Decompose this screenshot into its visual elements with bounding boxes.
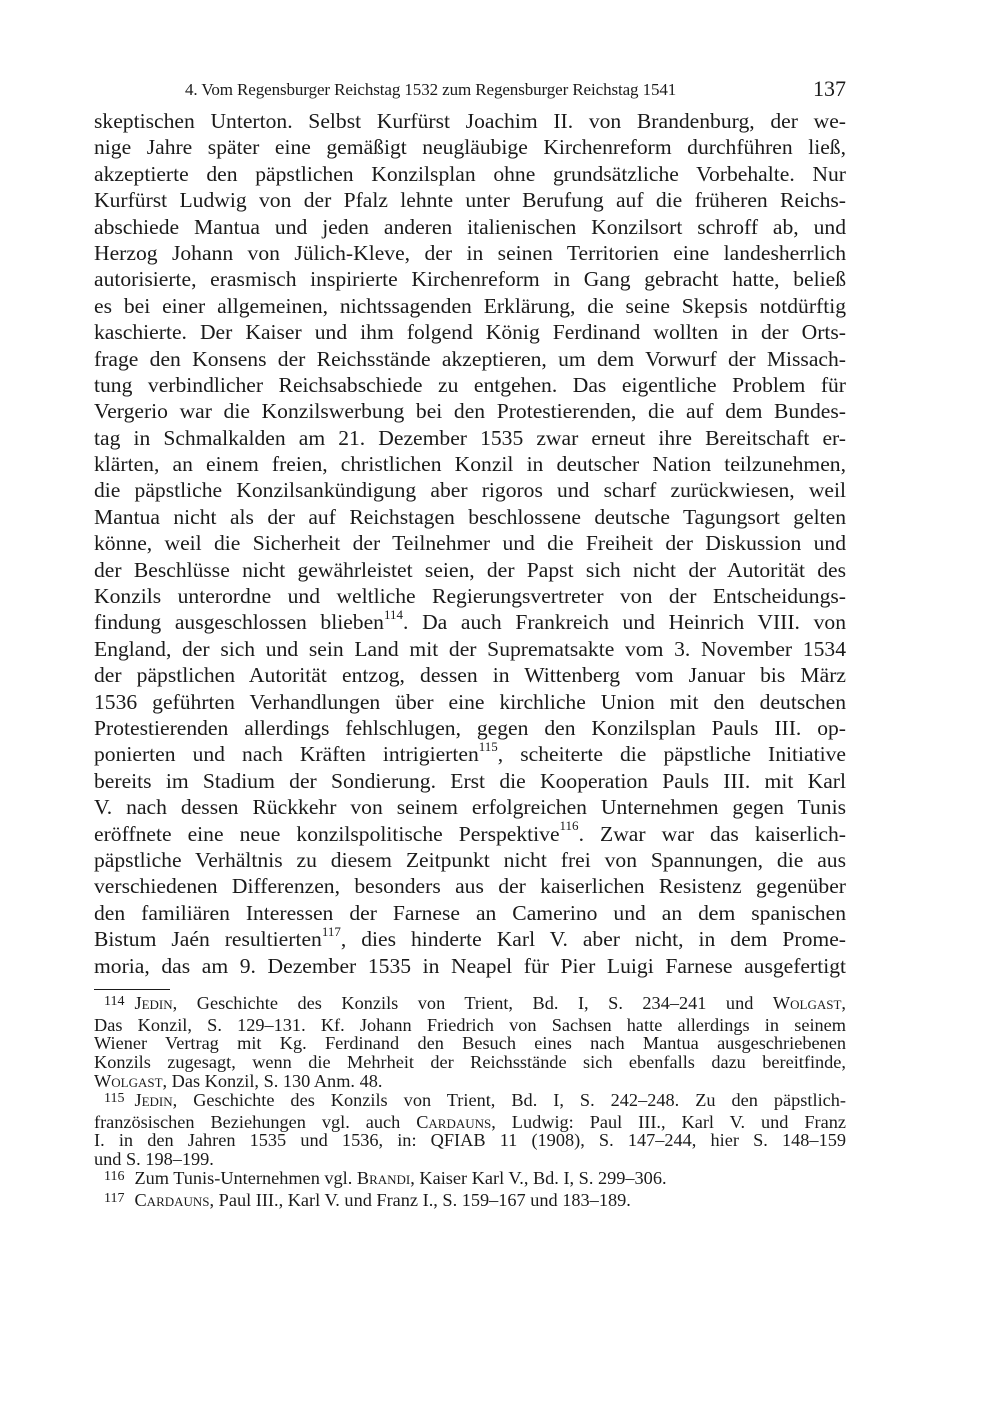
author-name: Jedin [134,1090,172,1110]
text-line: tag in Schmalkalden am 21. Dezember 1535… [94,425,846,451]
text-line: den familiären Interessen der Farnese an… [94,900,846,926]
footnote-114: 114Jedin, Geschichte des Konzils von Tri… [94,994,846,1091]
author-name: Wolgast [94,1071,163,1091]
page-number: 137 [813,76,846,102]
text-line: tung verbindlicher Reichsabschiede zu en… [94,372,846,398]
footnote-divider [94,989,170,990]
footnote-ref-114[interactable]: 114 [384,607,403,622]
footnote-number: 116 [104,1169,124,1184]
text-line: Vergerio war die Konzilswerbung bei den … [94,398,846,424]
author-name: Wolgast [773,993,842,1013]
text-line: frage den Konsens der Reichsstände akzep… [94,346,846,372]
text-line: abschiede Mantua und jeden anderen itali… [94,214,846,240]
main-text: skeptischen Unterton. Selbst Kurfürst Jo… [94,108,846,979]
text-line: England, der sich und sein Land mit der … [94,636,846,662]
text-line: der Beschlüsse nicht gewährleistet seien… [94,557,846,583]
text-line: es bei einer allgemeinen, nichtssagenden… [94,293,846,319]
footnote-ref-117[interactable]: 117 [322,924,341,939]
text-line: findung ausgeschlossen blieben114. Da au… [94,609,846,635]
footnote-number: 114 [104,994,124,1009]
text-line: kaschierte. Der Kaiser und ihm folgend K… [94,319,846,345]
book-page: 4. Vom Regensburger Reichstag 1532 zum R… [94,76,846,1213]
author-name: Jedin [134,993,172,1013]
text-line: moria, das am 9. Dezember 1535 in Neapel… [94,953,846,979]
text-line: die päpstliche Konzilsankündigung aber r… [94,477,846,503]
footnote-ref-115[interactable]: 115 [479,739,498,754]
text-line: Kurfürst Ludwig von der Pfalz lehnte unt… [94,187,846,213]
text-line: Protestierenden allerdings fehlschlugen,… [94,715,846,741]
text-line: V. nach dessen Rückkehr von seinem erfol… [94,794,846,820]
footnote-number: 115 [104,1091,124,1106]
text-line: Herzog Johann von Jülich-Kleve, der in s… [94,240,846,266]
author-name: Cardauns [416,1112,491,1132]
text-line: skeptischen Unterton. Selbst Kurfürst Jo… [94,108,846,134]
text-line: Bistum Jaén resultierten117, dies hinder… [94,926,846,952]
footnote-number: 117 [104,1191,124,1206]
author-name: Cardauns [134,1190,209,1210]
text-line: 1536 geführten Verhandlungen über eine k… [94,689,846,715]
text-line: bereits im Stadium der Sondierung. Erst … [94,768,846,794]
text-line: Konzils unterordne und weltliche Regieru… [94,583,846,609]
author-name: Brandi [357,1168,410,1188]
footnote-ref-116[interactable]: 116 [560,818,579,833]
text-line: akzeptierte den päpstlichen Konzilsplan … [94,161,846,187]
text-line: päpstliche Verhältnis zu diesem Zeitpunk… [94,847,846,873]
text-line: könne, weil die Sicherheit der Teilnehme… [94,530,846,556]
text-line: ponierten und nach Kräften intrigierten1… [94,741,846,767]
footnotes: 114Jedin, Geschichte des Konzils von Tri… [94,994,846,1213]
text-line: eröffnete eine neue konzilspolitische Pe… [94,821,846,847]
chapter-title: 4. Vom Regensburger Reichstag 1532 zum R… [185,80,676,100]
text-line: Mantua nicht als der auf Reichstagen bes… [94,504,846,530]
footnote-116: 116Zum Tunis-Unternehmen vgl. Brandi, Ka… [94,1169,846,1191]
running-head: 4. Vom Regensburger Reichstag 1532 zum R… [94,76,846,108]
footnote-115: 115Jedin, Geschichte des Konzils von Tri… [94,1091,846,1169]
text-line: autorisierte, erasmisch inspirierte Kirc… [94,266,846,292]
text-line: nige Jahre später eine gemäßigt neugläub… [94,134,846,160]
text-line: klärten, an einem freien, christlichen K… [94,451,846,477]
text-line: der päpstlichen Autorität entzog, dessen… [94,662,846,688]
footnote-117: 117Cardauns, Paul III., Karl V. und Fran… [94,1191,846,1213]
text-line: verschiedenen Differenzen, besonders aus… [94,873,846,899]
